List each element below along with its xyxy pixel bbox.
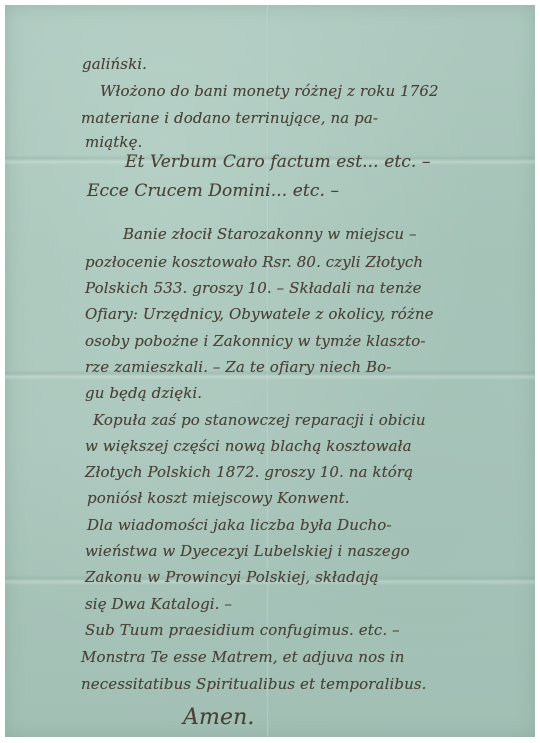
text-line-amen: Amen. — [183, 705, 254, 730]
text-line: Złotych Polskich 1872. groszy 10. na któ… — [85, 463, 413, 481]
text-line: się Dwa Katalogi. – — [85, 595, 232, 613]
text-line: Banie złocił Starozakonny w miejscu – — [123, 225, 417, 243]
text-line: poniósł koszt miejscowy Konwent. — [87, 489, 350, 507]
text-line: necessitatibus Spiritualibus et temporal… — [81, 675, 427, 693]
text-line: galińskі. — [82, 55, 147, 73]
text-line: Włożono do bani monety różnej z roku 176… — [100, 82, 439, 100]
text-line: osoby pobożne i Zakonnicy w tymże klaszt… — [85, 332, 426, 350]
text-line: wieństwa w Dyecezyi Lubelskiej i naszego — [85, 542, 410, 560]
text-line: Ecce Crucem Domini... etc. – — [87, 181, 339, 201]
text-line: Sub Tuum praesidium confugimus. etc. – — [85, 621, 400, 639]
text-line: Zakonu w Prowincyi Polskiej, składają — [85, 568, 379, 586]
text-line: rze zamieszkali. – Za te ofiary niech Bo… — [85, 358, 391, 376]
text-line: w większej części nową blachą kosztowała — [85, 437, 412, 455]
text-line: Et Verbum Caro factum est... etc. – — [125, 152, 431, 172]
text-line: materiane i dodano terrinujące, na pa- — [81, 109, 378, 127]
text-line: Polskich 533. groszy 10. – Składali na t… — [85, 279, 422, 297]
text-line: Kopuła zaś po stanowczej reparacji i obi… — [93, 411, 426, 429]
document-page: galińskі. Włożono do bani monety różnej … — [5, 5, 535, 737]
text-line: pozłocenie kosztowało Rsr. 80. czyli Zło… — [85, 253, 423, 271]
text-line: gu będą dzięki. — [85, 384, 202, 402]
text-line: Dla wiadomości jaka liczba była Ducho- — [87, 516, 392, 534]
text-line: Ofiary: Urzędnicy, Obywatele z okolicy, … — [85, 305, 434, 323]
text-line: miątkę. — [85, 133, 142, 151]
text-line: Monstra Te esse Matrem, et adjuva nos in — [81, 648, 405, 666]
